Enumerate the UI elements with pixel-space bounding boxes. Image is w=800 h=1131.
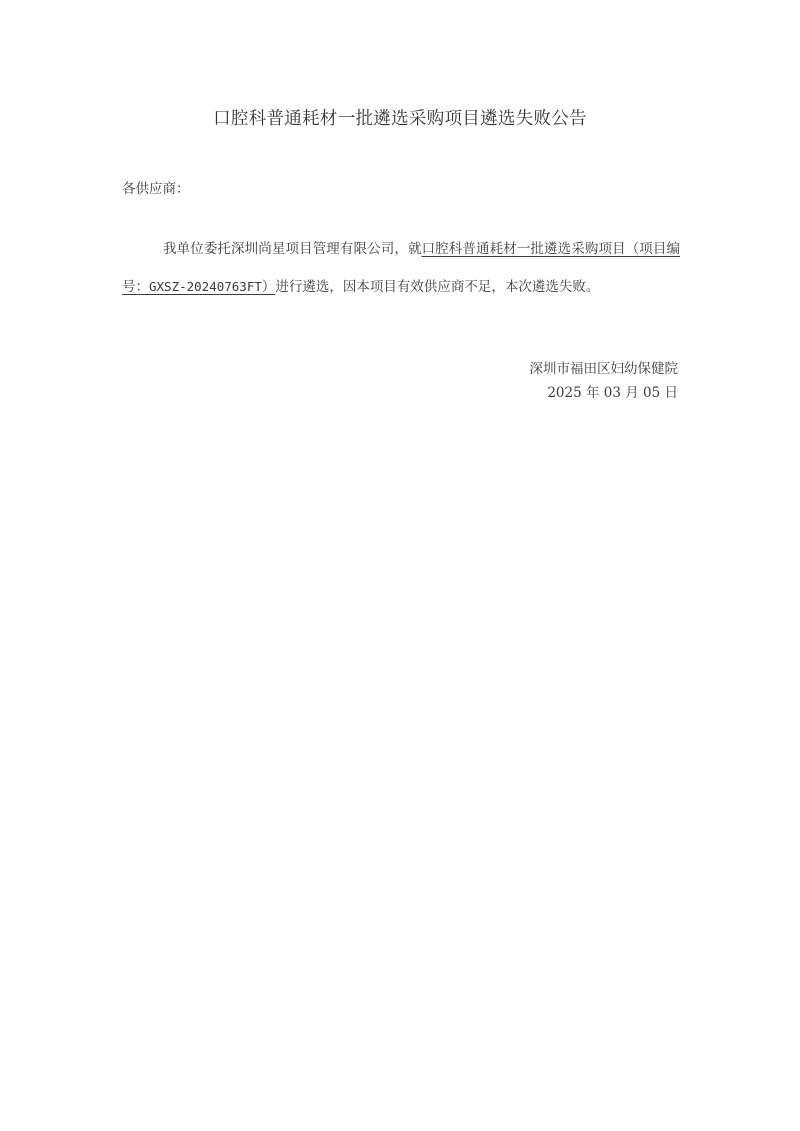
project-code: GXSZ-20240763FT	[149, 279, 262, 294]
document-page: 口腔科普通耗材一批遴选采购项目遴选失败公告 各供应商： 我单位委托深圳尚星项目管…	[0, 0, 800, 1131]
salutation: 各供应商：	[122, 177, 190, 197]
signature-block: 深圳市福田区妇幼保健院 2025 年 03 月 05 日	[530, 357, 679, 405]
page-title: 口腔科普通耗材一批遴选采购项目遴选失败公告	[0, 105, 800, 130]
body-tail: 进行遴选，因本项目有效供应商不足，本次遴选失败。	[275, 279, 599, 295]
body-lead: 我单位委托深圳尚星项目管理有限公司，就	[163, 241, 422, 257]
announcement-body: 我单位委托深圳尚星项目管理有限公司，就口腔科普通耗材一批遴选采购项目（项目编号：…	[122, 230, 680, 306]
signature-organization: 深圳市福田区妇幼保健院	[530, 357, 679, 381]
project-close-paren: ）	[262, 279, 276, 295]
signature-date: 2025 年 03 月 05 日	[530, 381, 679, 405]
